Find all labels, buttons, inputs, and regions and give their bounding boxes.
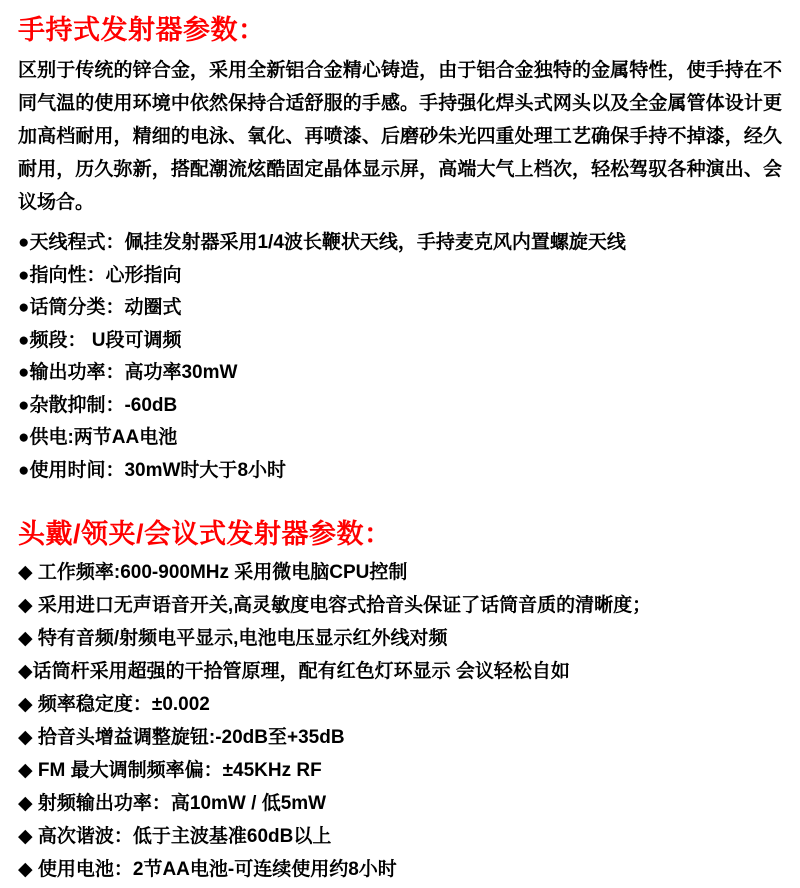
spec-item-harmonics: ◆ 高次谐波：低于主波基准60dB以上 bbox=[18, 820, 782, 853]
spec-item-power-supply: ●供电:两节AA电池 bbox=[18, 422, 782, 455]
spec-item-frequency-stability: ◆ 频率稳定度：±0.002 bbox=[18, 688, 782, 721]
spec-item-spurious-suppression: ●杂散抑制：-60dB bbox=[18, 390, 782, 423]
spec-item-voice-switch: ◆ 采用进口无声语音开关,高灵敏度电容式拾音头保证了话筒音质的清晰度； bbox=[18, 589, 782, 622]
headset-section-title: 头戴/领夹/会议式发射器参数： bbox=[18, 518, 782, 550]
handheld-section-title: 手持式发射器参数： bbox=[18, 14, 782, 46]
spec-item-gain-knob: ◆ 拾音头增益调整旋钮:-20dB至+35dB bbox=[18, 721, 782, 754]
spec-item-mic-boom: ◆话筒杆采用超强的干拾管原理，配有红色灯环显示 会议轻松自如 bbox=[18, 655, 782, 688]
spec-item-directivity: ●指向性：心形指向 bbox=[18, 260, 782, 293]
spec-item-rf-output-power: ◆ 射频输出功率：高10mW / 低5mW bbox=[18, 787, 782, 820]
spec-item-output-power: ●输出功率：高功率30mW bbox=[18, 357, 782, 390]
handheld-spec-list: ●天线程式：佩挂发射器采用1/4波长鞭状天线，手持麦克风内置螺旋天线 ●指向性：… bbox=[18, 227, 782, 487]
headset-lavalier-conference-section: 头戴/领夹/会议式发射器参数： ◆ 工作频率:600-900MHz 采用微电脑C… bbox=[18, 518, 782, 886]
headset-spec-list: ◆ 工作频率:600-900MHz 采用微电脑CPU控制 ◆ 采用进口无声语音开… bbox=[18, 556, 782, 886]
spec-item-frequency-band: ●频段： U段可调频 bbox=[18, 325, 782, 358]
spec-item-battery: ◆ 使用电池：2节AA电池-可连续使用约8小时 bbox=[18, 853, 782, 886]
spec-item-mic-type: ●话筒分类：动圈式 bbox=[18, 292, 782, 325]
handheld-transmitter-section: 手持式发射器参数： 区别于传统的锌合金，采用全新铝合金精心铸造，由于铝合金独特的… bbox=[18, 14, 782, 487]
spec-item-antenna: ●天线程式：佩挂发射器采用1/4波长鞭状天线，手持麦克风内置螺旋天线 bbox=[18, 227, 782, 260]
spec-item-level-display: ◆ 特有音频/射频电平显示,电池电压显示红外线对频 bbox=[18, 622, 782, 655]
handheld-description-paragraph: 区别于传统的锌合金，采用全新铝合金精心铸造，由于铝合金独特的金属特性，使手持在不… bbox=[18, 54, 782, 219]
product-spec-sheet: 手持式发射器参数： 区别于传统的锌合金，采用全新铝合金精心铸造，由于铝合金独特的… bbox=[0, 0, 800, 886]
spec-item-working-frequency: ◆ 工作频率:600-900MHz 采用微电脑CPU控制 bbox=[18, 556, 782, 589]
spec-item-fm-deviation: ◆ FM 最大调制频率偏：±45KHz RF bbox=[18, 754, 782, 787]
spec-item-usage-time: ●使用时间：30mW时大于8小时 bbox=[18, 455, 782, 488]
